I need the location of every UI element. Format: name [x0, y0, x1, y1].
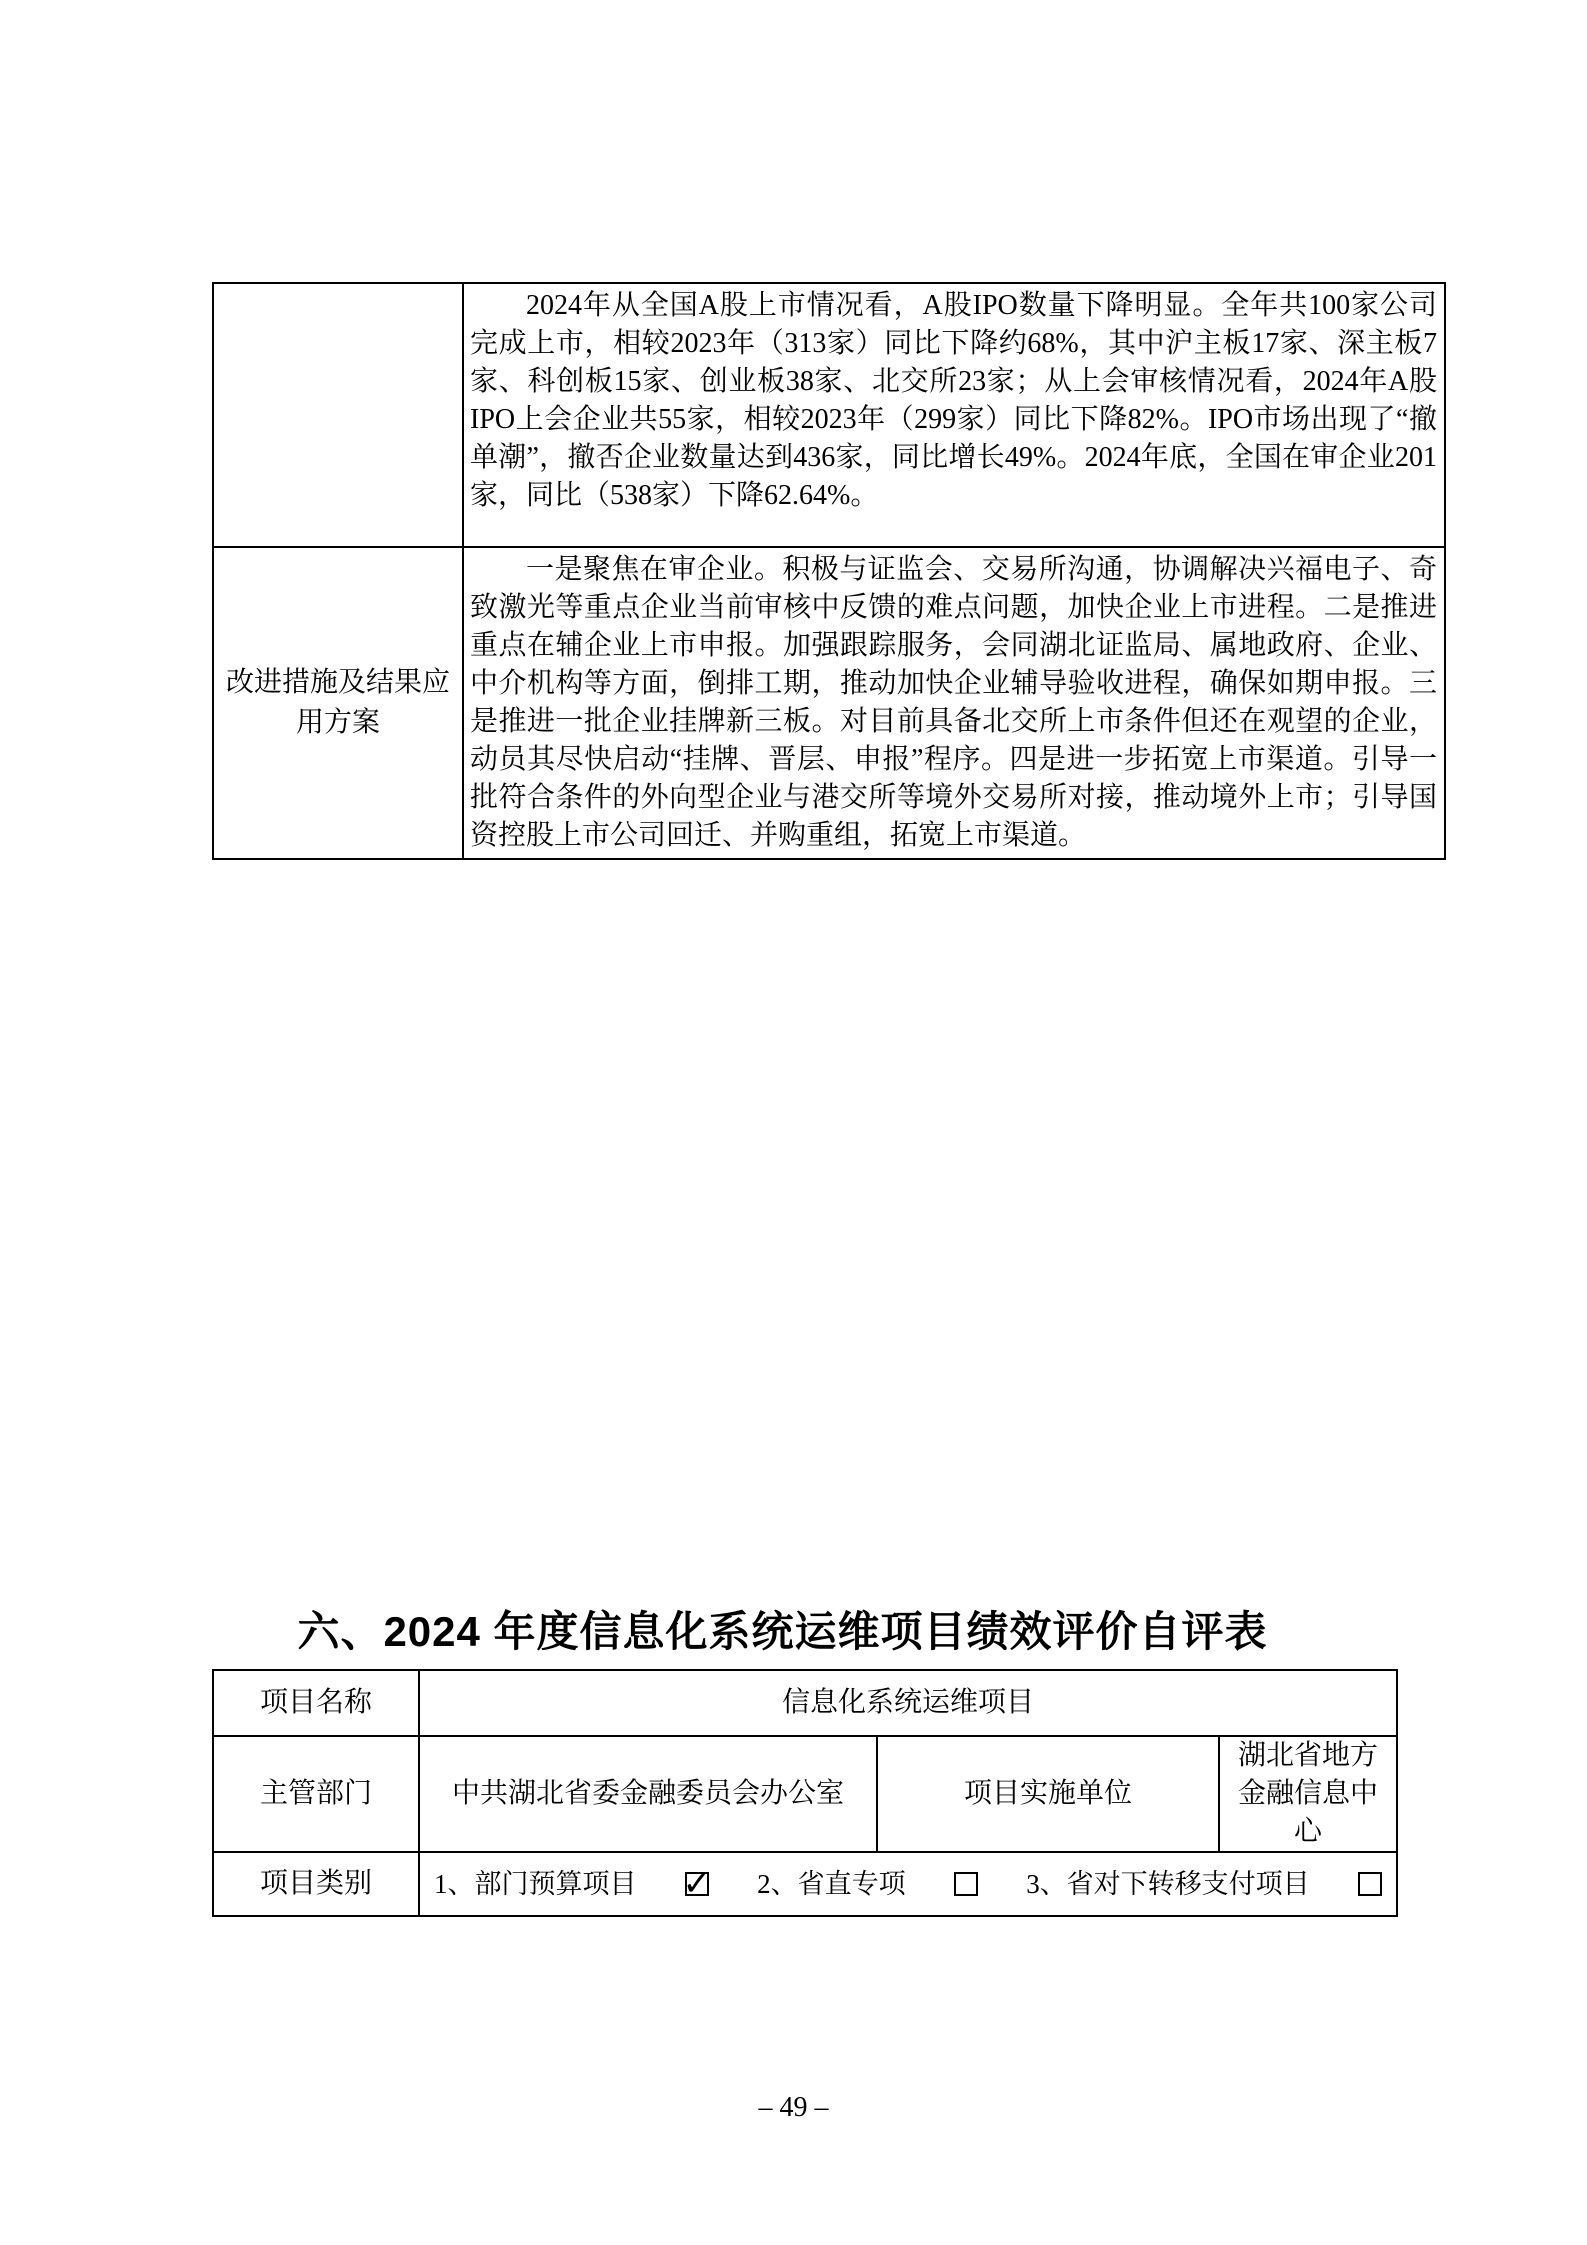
- category-option-2-checkbox: [954, 1872, 978, 1896]
- category-option-2-label: 2、省直专项: [757, 1865, 906, 1903]
- evaluation-table: 项目名称 信息化系统运维项目 主管部门 中共湖北省委金融委员会办公室 项目实施单…: [212, 1669, 1398, 1917]
- improvement-measures-label: 改进措施及结果应用方案: [213, 547, 463, 859]
- impl-unit-label: 项目实施单位: [877, 1736, 1219, 1852]
- project-name-value: 信息化系统运维项目: [419, 1670, 1397, 1736]
- improvement-measures-cell: 一是聚焦在审企业。积极与证监会、交易所沟通，协调解决兴福电子、奇致激光等重点企业…: [463, 547, 1445, 859]
- table-row: 主管部门 中共湖北省委金融委员会办公室 项目实施单位 湖北省地方金融信息中心: [213, 1736, 1397, 1852]
- section-title: 六、2024 年度信息化系统运维项目绩效评价自评表: [0, 1606, 1565, 1658]
- impl-unit-value: 湖北省地方金融信息中心: [1219, 1736, 1397, 1852]
- page-number: – 49 –: [0, 2090, 1587, 2126]
- category-options-row: 1、部门预算项目 ✓ 2、省直专项 3、省对下转移支付项目: [434, 1865, 1382, 1903]
- category-option-3-label: 3、省对下转移支付项目: [1026, 1865, 1310, 1903]
- category-option-1-checkbox: ✓: [685, 1872, 709, 1896]
- category-label: 项目类别: [213, 1852, 419, 1916]
- project-name-label: 项目名称: [213, 1670, 419, 1736]
- improvement-measures-paragraph: 一是聚焦在审企业。积极与证监会、交易所沟通，协调解决兴福电子、奇致激光等重点企业…: [470, 551, 1437, 855]
- table-row: 项目类别 1、部门预算项目 ✓ 2、省直专项 3、省对下转移支付项目: [213, 1852, 1397, 1916]
- dept-label: 主管部门: [213, 1736, 419, 1852]
- category-options-cell: 1、部门预算项目 ✓ 2、省直专项 3、省对下转移支付项目: [419, 1852, 1397, 1916]
- ipo-status-paragraph: 2024年从全国A股上市情况看，A股IPO数量下降明显。全年共100家公司完成上…: [470, 287, 1437, 515]
- document-page: 2024年从全国A股上市情况看，A股IPO数量下降明显。全年共100家公司完成上…: [0, 0, 1587, 2245]
- empty-label-cell: [213, 283, 463, 547]
- table-row: 2024年从全国A股上市情况看，A股IPO数量下降明显。全年共100家公司完成上…: [213, 283, 1445, 547]
- table-row: 项目名称 信息化系统运维项目: [213, 1670, 1397, 1736]
- category-option-3-checkbox: [1358, 1872, 1382, 1896]
- dept-value: 中共湖北省委金融委员会办公室: [419, 1736, 877, 1852]
- continuation-table: 2024年从全国A股上市情况看，A股IPO数量下降明显。全年共100家公司完成上…: [212, 282, 1446, 860]
- category-option-1-label: 1、部门预算项目: [434, 1865, 637, 1903]
- table-row: 改进措施及结果应用方案 一是聚焦在审企业。积极与证监会、交易所沟通，协调解决兴福…: [213, 547, 1445, 859]
- ipo-status-cell: 2024年从全国A股上市情况看，A股IPO数量下降明显。全年共100家公司完成上…: [463, 283, 1445, 547]
